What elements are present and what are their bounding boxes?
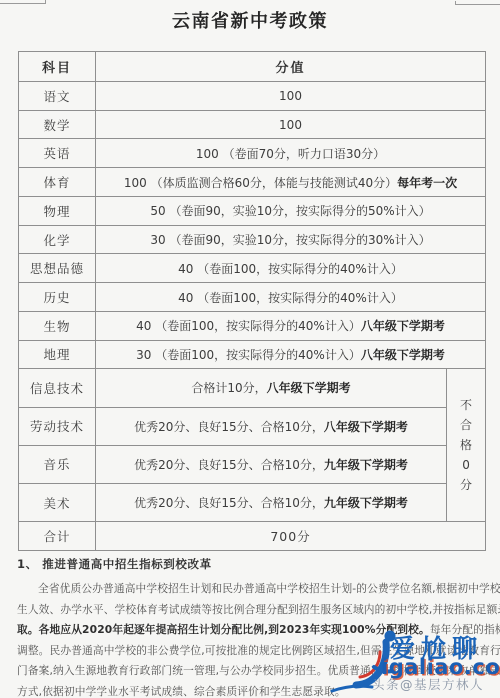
score-table-wrapper: 科目 分值 语文100数学100英语100 （卷面70分，听力口语30分）体育1… [18, 51, 486, 551]
subject-cell: 思想品德 [19, 254, 96, 283]
score-cell: 100 [96, 82, 486, 111]
table-header-row: 科目 分值 [19, 52, 486, 82]
score-cell: 30 （卷面100，按实际得分的40%计入）八年级下学期考 [96, 340, 486, 369]
score-cell: 合格计10分，八年级下学期考 [96, 369, 447, 407]
score-cell: 100 （体质监测合格60分，体能与技能测试40分）每年考一次 [96, 168, 486, 197]
subject-cell: 美术 [19, 483, 96, 521]
subject-cell: 音乐 [19, 445, 96, 483]
score-cell: 30 （卷面90，实验10分，按实际得分的30%计入） [96, 225, 486, 254]
table-row: 物理50 （卷面90，实验10分，按实际得分的50%计入） [19, 196, 486, 225]
policy-heading: 1、 推进普通高中招生指标到校改革 [17, 556, 495, 572]
subject-cell: 英语 [19, 139, 96, 168]
watermark-handle: 头条@基层方林人 [372, 675, 484, 693]
score-table: 科目 分值 语文100数学100英语100 （卷面70分，听力口语30分）体育1… [18, 51, 486, 551]
table-row: 历史40 （卷面100，按实际得分的40%计入） [19, 283, 486, 312]
table-row: 美术优秀20分、良好15分、合格10分，九年级下学期考 [19, 483, 486, 521]
policy-line: 全省优质公办普通高中学校招生计划和民办普通高中学校招生计划-的公费学位名额,根据… [17, 579, 495, 600]
score-cell: 40 （卷面100，按实际得分的40%计入） [96, 283, 486, 312]
score-cell: 优秀20分、良好15分、合格10分，八年级下学期考 [96, 407, 447, 445]
score-cell: 100 （卷面70分，听力口语30分） [96, 139, 486, 168]
table-row: 思想品德40 （卷面100，按实际得分的40%计入） [19, 254, 486, 283]
table-row: 英语100 （卷面70分，听力口语30分） [19, 139, 486, 168]
subject-cell: 信息技术 [19, 369, 96, 407]
subject-cell: 历史 [19, 283, 96, 312]
subject-cell: 体育 [19, 168, 96, 197]
score-table-body: 语文100数学100英语100 （卷面70分，听力口语30分）体育100 （体质… [19, 82, 486, 551]
subject-cell: 数学 [19, 110, 96, 139]
crop-remnant-top-right [455, 1, 500, 5]
table-row: 化学30 （卷面90，实验10分，按实际得分的30%计入） [19, 225, 486, 254]
side-cell-fail-score: 不合格0分 [447, 369, 486, 522]
table-row: 语文100 [19, 82, 486, 111]
score-cell: 100 [96, 110, 486, 139]
subject-cell: 语文 [19, 82, 96, 111]
table-row: 地理30 （卷面100，按实际得分的40%计入）八年级下学期考 [19, 340, 486, 369]
policy-line: 生人效、办学水平、学校体育考试成绩等按比例合理分配到招生服务区域内的初中学校,并… [17, 600, 495, 621]
page-title: 云南省新中考政策 [0, 7, 500, 33]
table-row: 合计700分 [19, 522, 486, 551]
score-cell: 优秀20分、良好15分、合格10分，九年级下学期考 [96, 483, 447, 521]
table-row: 劳动技术优秀20分、良好15分、合格10分，八年级下学期考 [19, 407, 486, 445]
table-row: 生物40 （卷面100，按实际得分的40%计入）八年级下学期考 [19, 311, 486, 340]
header-subject: 科目 [19, 52, 96, 82]
header-score: 分值 [96, 52, 486, 82]
score-cell: 优秀20分、良好15分、合格10分，九年级下学期考 [96, 445, 447, 483]
subject-cell: 劳动技术 [19, 407, 96, 445]
document-page: 云南省新中考政策 科目 分值 语文100数学100英语100 （卷面70分，听力… [0, 0, 500, 698]
table-row: 体育100 （体质监测合格60分，体能与技能测试40分）每年考一次 [19, 168, 486, 197]
table-row: 音乐优秀20分、良好15分、合格10分，九年级下学期考 [19, 445, 486, 483]
watermark: 爱尬聊 igaliao.com 头条@基层方林人 [330, 627, 500, 698]
subject-cell: 地理 [19, 340, 96, 369]
crop-remnant-top-left [0, 0, 46, 4]
subject-cell: 生物 [19, 311, 96, 340]
score-cell: 40 （卷面100，按实际得分的40%计入）八年级下学期考 [96, 311, 486, 340]
subject-cell: 化学 [19, 225, 96, 254]
table-row: 数学100 [19, 110, 486, 139]
subject-cell: 合计 [19, 522, 96, 551]
score-cell: 50 （卷面90，实验10分，按实际得分的50%计入） [96, 196, 486, 225]
table-row: 信息技术合格计10分，八年级下学期考不合格0分 [19, 369, 486, 407]
score-cell: 40 （卷面100，按实际得分的40%计入） [96, 254, 486, 283]
score-cell: 700分 [96, 522, 486, 551]
subject-cell: 物理 [19, 196, 96, 225]
